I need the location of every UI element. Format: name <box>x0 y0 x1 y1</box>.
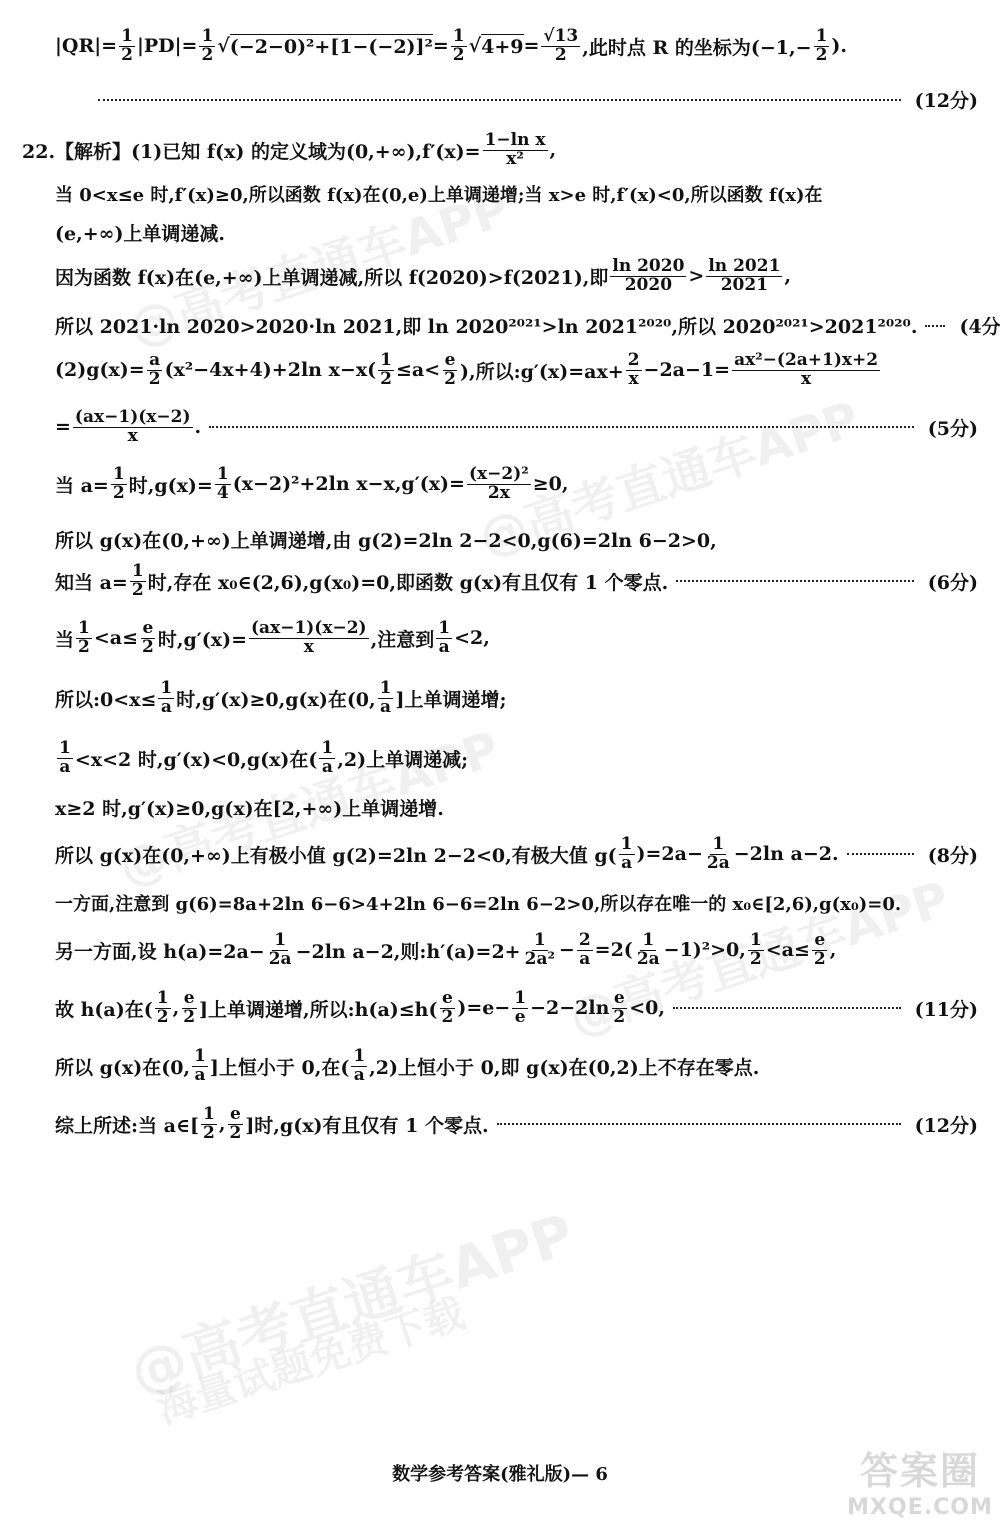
site-logo: 答案圈 MXQE.COM <box>845 1440 995 1520</box>
fraction: (ax−1)(x−2)x <box>73 409 193 446</box>
fraction: e2 <box>181 990 197 1027</box>
fraction: 1a <box>57 740 73 777</box>
fraction: ax²−(2a+1)x+2x <box>732 352 880 389</box>
fraction: 12 <box>111 466 127 503</box>
score-label: (6分) <box>922 568 978 595</box>
score-label: (8分) <box>922 841 978 868</box>
fraction: 12 <box>119 28 135 65</box>
answer-line: x≥2 时,g′(x)≥0,g(x)在[2,+∞)上单调递增. <box>55 794 978 821</box>
fraction: 1a <box>192 1048 208 1085</box>
answer-line: 所以 2021·ln 2020>2020·ln 2021,即 ln 2020²⁰… <box>55 312 978 339</box>
dot-leader <box>673 1007 901 1009</box>
text: 因为函数 f(x)在(e,+∞)上单调递减,所以 f(2020)>f(2021)… <box>55 263 608 290</box>
fraction: √132 <box>541 28 580 65</box>
score-label: (12分) <box>909 86 978 113</box>
answer-line: 因为函数 f(x)在(e,+∞)上单调递减,所以 f(2020)>f(2021)… <box>55 258 978 295</box>
fraction: e2 <box>227 1106 243 1143</box>
score-label: (4分) <box>953 312 1000 339</box>
text: x≥2 时,g′(x)≥0,g(x)在[2,+∞)上单调递增. <box>55 794 444 821</box>
score-label: (12分) <box>909 1111 978 1138</box>
fraction: e2 <box>140 620 156 657</box>
fraction: 14 <box>215 466 231 503</box>
text: 一方面,注意到 g(6)=8a+2ln 6−6>4+2ln 6−6=2ln 6−… <box>55 890 901 916</box>
fraction: 2x <box>626 352 642 389</box>
answer-line: 22.【解析】 (1)已知 f(x) 的定义域为(0,+∞),f′(x)= 1−… <box>22 132 978 169</box>
score-line: (12分) <box>90 86 978 113</box>
text: |QR|= <box>55 35 117 57</box>
text: ,此时点 R 的坐标为(−1,− <box>582 33 811 60</box>
fraction: e2 <box>812 932 828 969</box>
dot-leader <box>925 325 945 327</box>
fraction: 12 <box>201 1106 217 1143</box>
fraction: 12a <box>267 932 294 969</box>
answer-line: 综上所述:当 a∈[ 12 , e2 ]时,g(x)有且仅有 1 个零点. (1… <box>55 1106 978 1143</box>
fraction: 12 <box>748 932 764 969</box>
answer-line: 故 h(a)在( 12 , e2 ]上单调递增,所以:h(a)≤h( e2 )=… <box>55 990 978 1027</box>
answer-line: 所以 g(x)在(0,+∞)上单调递增,由 g(2)=2ln 2−2<0,g(6… <box>55 526 978 553</box>
dot-leader <box>847 853 914 855</box>
answer-line: 当 12 <a≤ e2 时,g′(x)= (ax−1)(x−2)x ,注意到 1… <box>55 620 978 657</box>
question-label: 22.【解析】 <box>22 137 131 164</box>
fraction: 1e <box>512 990 528 1027</box>
logo-text: 答案圈 <box>845 1440 995 1495</box>
dot-leader <box>209 426 914 428</box>
answer-line: 所以 g(x)在(0,+∞)上有极小值 g(2)=2ln 2−2<0,有极大值 … <box>55 836 978 873</box>
fraction: e2 <box>611 990 627 1027</box>
fraction: (ax−1)(x−2)x <box>249 620 369 657</box>
answer-line: 知当 a= 12 时,存在 x₀∈(2,6),g(x₀)=0,即函数 g(x)有… <box>55 563 978 600</box>
fraction: ln 20212021 <box>706 258 782 295</box>
fraction: 12 <box>814 28 830 65</box>
answer-line: (e,+∞)上单调递减. <box>55 219 978 246</box>
fraction: 12 <box>451 28 467 65</box>
text: 当 0<x≤e 时,f′(x)≥0,所以函数 f(x)在(0,e)上单调递增;当… <box>55 181 822 207</box>
answer-line: 当 a= 12 时,g(x)= 14 (x−2)²+2ln x−x,g′(x)=… <box>55 466 978 503</box>
sqrt-expression: (−2−0)²+[1−(−2)]² <box>230 34 433 58</box>
answer-line: 所以 g(x)在(0, 1a ]上恒小于 0,在( 1a ,2)上恒小于 0,即… <box>55 1048 978 1085</box>
watermark: @高考直通车APP <box>119 1191 583 1410</box>
fraction: (x−2)²2x <box>467 466 531 503</box>
text: (1)已知 f(x) 的定义域为(0,+∞),f′(x)= <box>131 137 481 164</box>
logo-url: MXQE.COM <box>845 1495 995 1520</box>
text: |PD|= <box>137 35 198 57</box>
fraction: 1a <box>319 740 335 777</box>
score-label: (5分) <box>922 414 978 441</box>
dot-leader <box>676 580 914 582</box>
fraction: 1a <box>619 836 635 873</box>
fraction: 12 <box>76 620 92 657</box>
fraction: 2a <box>577 932 593 969</box>
dot-leader <box>497 1123 901 1125</box>
text: 所以 2021·ln 2020>2020·ln 2021,即 ln 2020²⁰… <box>55 312 917 339</box>
fraction: 12a² <box>523 932 557 969</box>
fraction: e2 <box>439 990 455 1027</box>
fraction: 12 <box>378 352 394 389</box>
fraction: 1a <box>158 680 174 717</box>
answer-line: 另一方面,设 h(a)=2a− 12a −2ln a−2,则:h′(a)=2+ … <box>55 932 978 969</box>
fraction: 12 <box>199 28 215 65</box>
fraction: 12a <box>705 836 732 873</box>
score-label: (11分) <box>909 995 978 1022</box>
fraction: 1−ln xx² <box>483 132 548 169</box>
fraction: 12a <box>635 932 662 969</box>
answer-line: |QR|= 12 |PD|= 12 √(−2−0)²+[1−(−2)]² = 1… <box>55 28 978 65</box>
text: (e,+∞)上单调递减. <box>55 219 225 246</box>
fraction: 1a <box>436 620 452 657</box>
sqrt-expression: 4+9 <box>481 34 523 58</box>
answer-line: 所以:0<x≤ 1a 时,g′(x)≥0,g(x)在(0, 1a ]上单调递增; <box>55 680 978 717</box>
answer-line: = (ax−1)(x−2)x . (5分) <box>55 409 978 446</box>
dot-leader <box>98 99 901 101</box>
answer-line: 1a <x<2 时,g′(x)<0,g(x)在( 1a ,2)上单调递减; <box>55 740 978 777</box>
fraction: 12 <box>155 990 171 1027</box>
fraction: 1a <box>378 680 394 717</box>
answer-line: (2)g(x)= a2 (x²−4x+4)+2ln x−x( 12 ≤a< e2… <box>55 352 978 389</box>
fraction: a2 <box>147 352 163 389</box>
answer-line: 当 0<x≤e 时,f′(x)≥0,所以函数 f(x)在(0,e)上单调递增;当… <box>55 181 978 207</box>
answer-line: 一方面,注意到 g(6)=8a+2ln 6−6>4+2ln 6−6=2ln 6−… <box>55 890 978 916</box>
fraction: ln 20202020 <box>610 258 686 295</box>
watermark: 海量试题免费下载 <box>149 1282 471 1435</box>
text: 所以 g(x)在(0,+∞)上单调递增,由 g(2)=2ln 2−2<0,g(6… <box>55 526 717 553</box>
fraction: 12 <box>130 563 146 600</box>
fraction: e2 <box>442 352 458 389</box>
fraction: 1a <box>351 1048 367 1085</box>
